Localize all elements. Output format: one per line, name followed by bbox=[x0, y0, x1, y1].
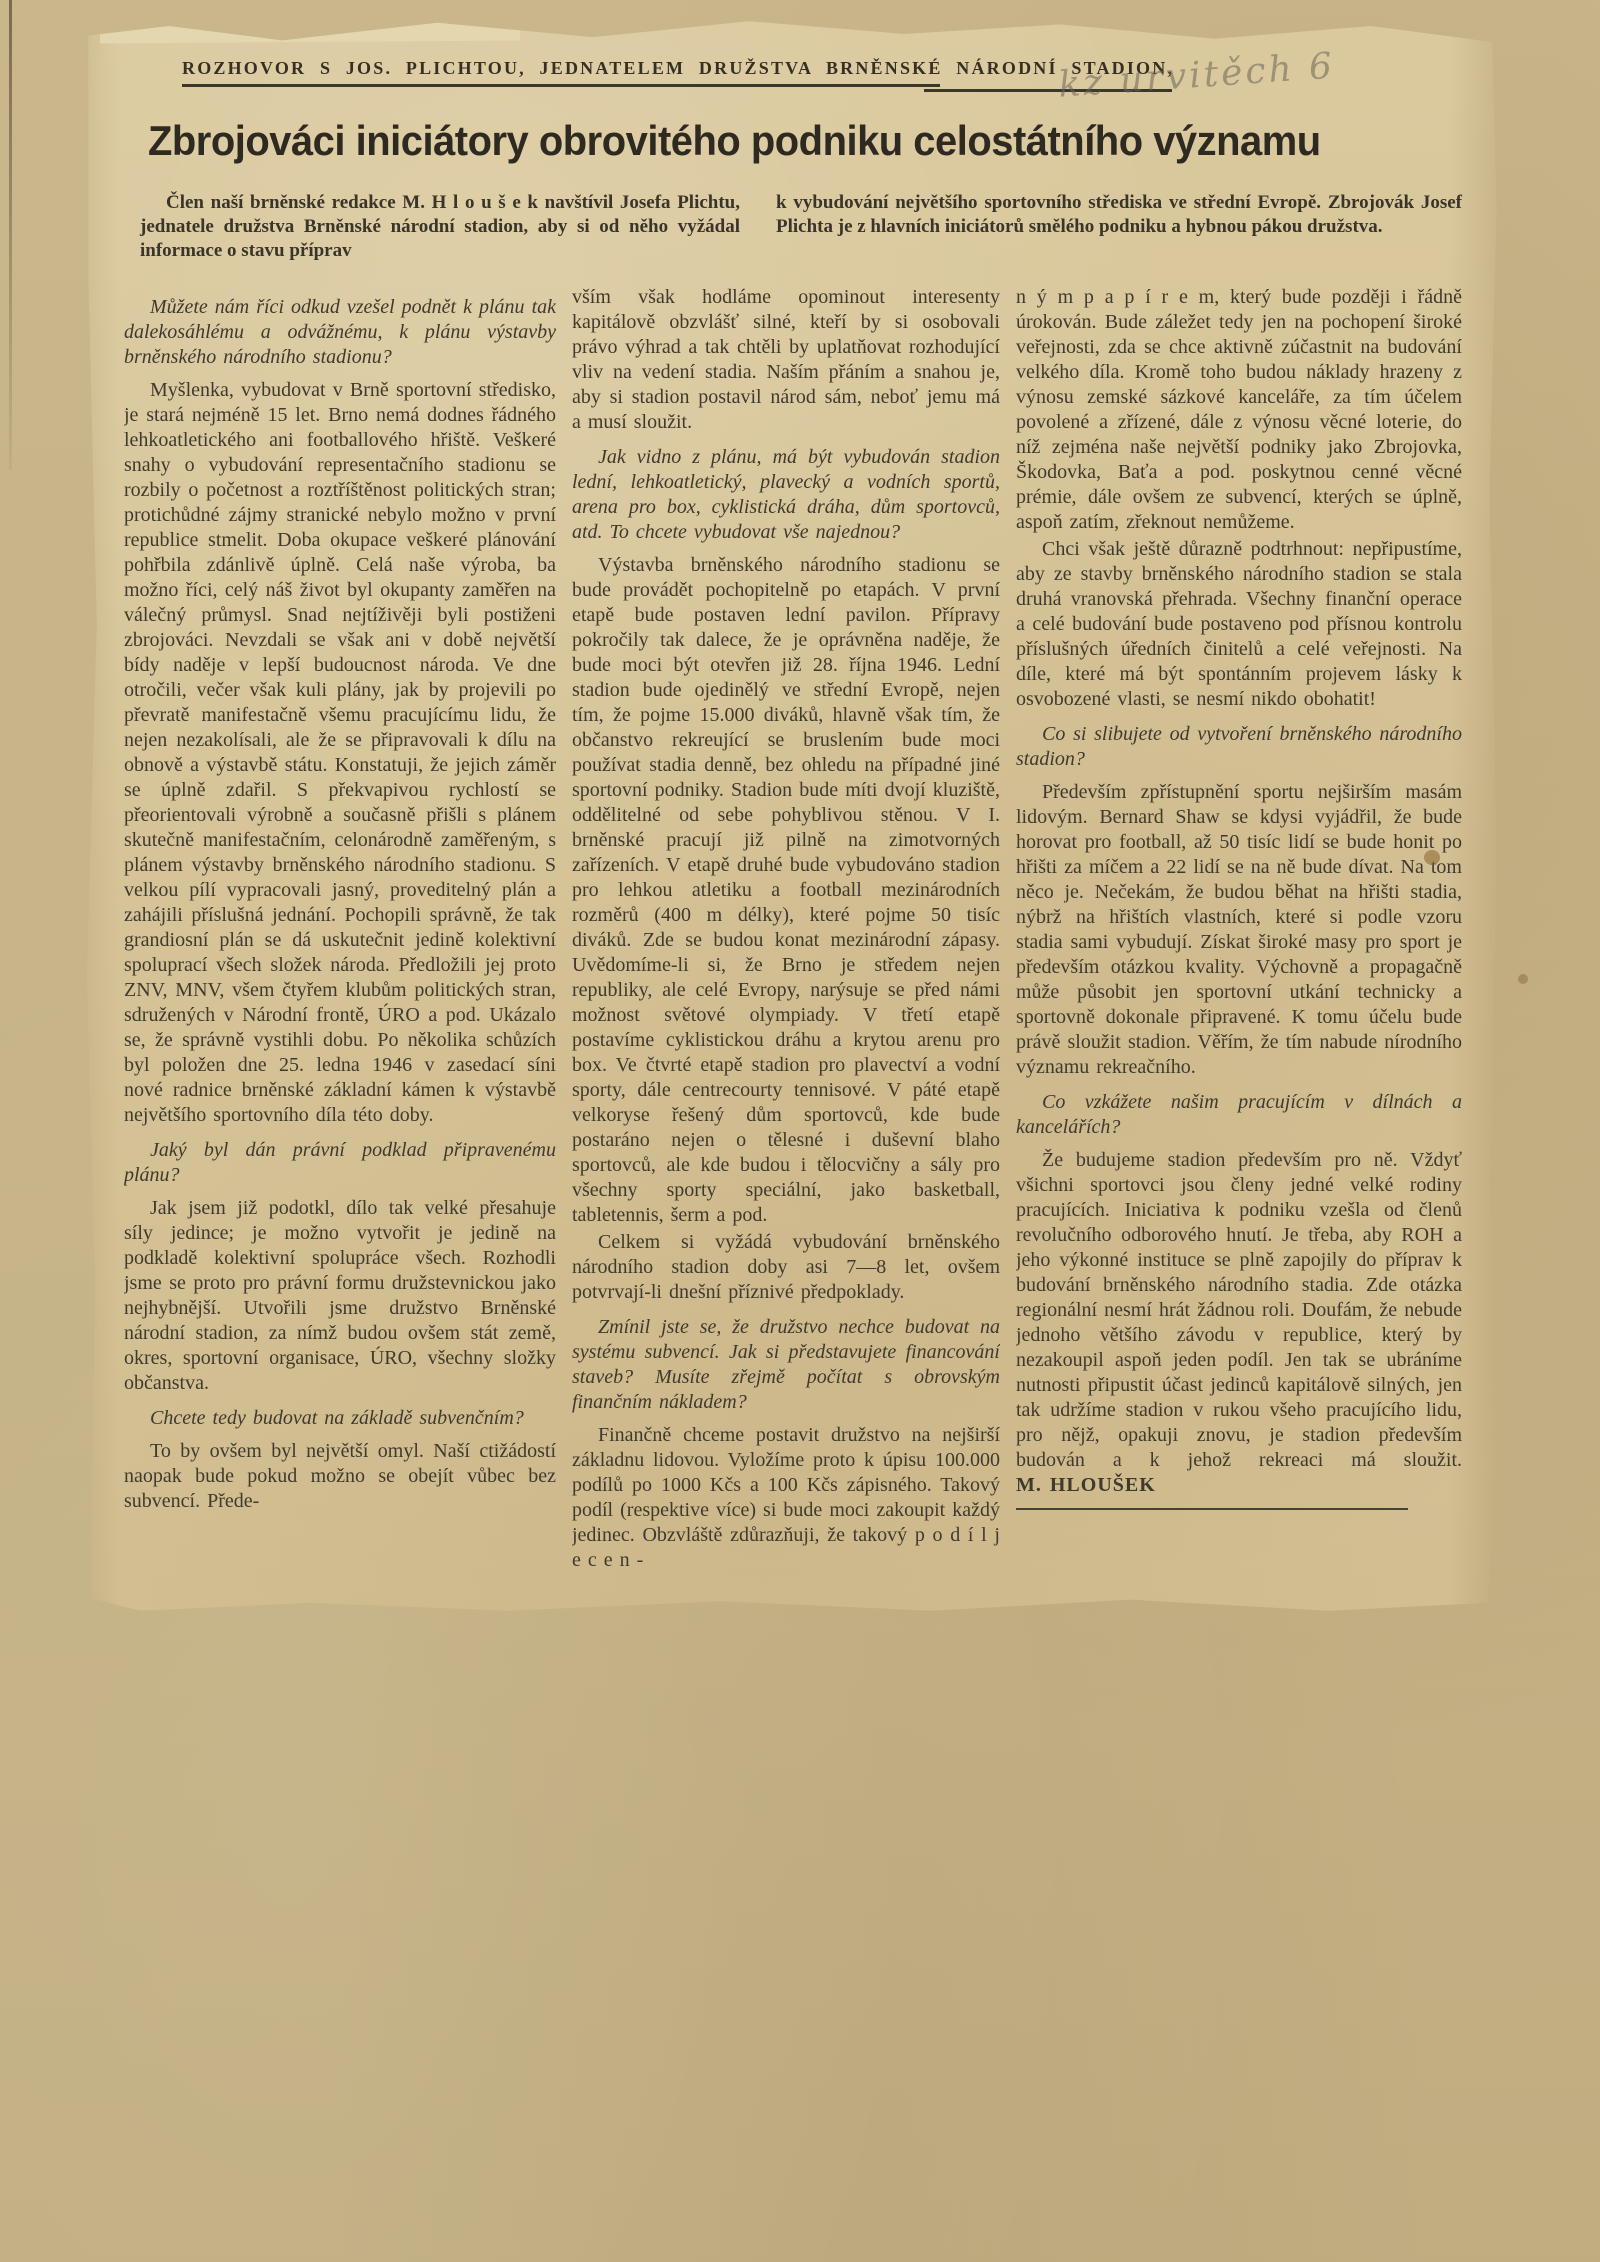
end-rule bbox=[1016, 1508, 1408, 1510]
answer-text: Že budujeme stadion především pro ně. Vž… bbox=[1016, 1149, 1462, 1471]
newspaper-clipping: ROZHOVOR S JOS. PLICHTOU, JEDNATELEM DRU… bbox=[84, 18, 1498, 1614]
kicker-block: ROZHOVOR S JOS. PLICHTOU, JEDNATELEM DRU… bbox=[182, 58, 1172, 87]
answer-paragraph: vším však hodláme opominout interesenty … bbox=[572, 285, 1000, 435]
kicker: ROZHOVOR S JOS. PLICHTOU, JEDNATELEM DRU… bbox=[182, 58, 1172, 79]
answer-paragraph: Že budujeme stadion především pro ně. Vž… bbox=[1016, 1148, 1462, 1498]
signature: M. HLOUŠEK bbox=[1016, 1474, 1156, 1496]
answer-paragraph: Celkem si vyžádá vybudování brněnského n… bbox=[572, 1230, 1000, 1305]
headline: Zbrojováci iniciátory obrovitého podniku… bbox=[148, 117, 1396, 165]
column-3: n ý m p a p í r e m, který bude později … bbox=[1016, 285, 1462, 1615]
column-2: vším však hodláme opominout interesenty … bbox=[572, 285, 1000, 1615]
page-edge-shadow bbox=[9, 0, 12, 470]
answer-paragraph: Jak jsem již podotkl, dílo tak velké pře… bbox=[124, 1196, 556, 1396]
stain bbox=[1424, 850, 1440, 865]
answer-paragraph: Finančně chceme postavit družstvo na nej… bbox=[572, 1423, 1000, 1573]
question-paragraph: Můžete nám říci odkud vzešel podnět k pl… bbox=[124, 295, 556, 370]
question-paragraph: Zmínil jste se, že družstvo nechce budov… bbox=[572, 1315, 1000, 1415]
answer-paragraph: Myšlenka, vybudovat v Brně sportovní stř… bbox=[124, 378, 556, 1128]
question-paragraph: Chcete tedy budovat na základě subvenční… bbox=[124, 1406, 556, 1431]
question-paragraph: Jak vidno z plánu, má být vybudován stad… bbox=[572, 445, 1000, 545]
column-1: Můžete nám říci odkud vzešel podnět k pl… bbox=[124, 285, 556, 1615]
question-paragraph: Co vzkážete našim pracujícím v dílnách a… bbox=[1016, 1090, 1462, 1140]
scanned-page: ROZHOVOR S JOS. PLICHTOU, JEDNATELEM DRU… bbox=[0, 0, 1600, 2262]
answer-paragraph: To by ovšem byl největší omyl. Naší ctiž… bbox=[124, 1439, 556, 1514]
answer-paragraph: n ý m p a p í r e m, který bude později … bbox=[1016, 285, 1462, 535]
lead-paragraph: Člen naší brněnské redakce M. H l o u š … bbox=[140, 191, 1462, 263]
stain bbox=[1518, 974, 1528, 984]
kicker-rule bbox=[182, 84, 940, 87]
answer-paragraph: Chci však ještě důrazně podtrhnout: nepř… bbox=[1016, 537, 1462, 712]
answer-paragraph: Především zpřístupnění sportu nejširším … bbox=[1016, 780, 1462, 1080]
lead-right: k vybudování největšího sportovního stře… bbox=[776, 191, 1462, 263]
question-paragraph: Jaký byl dán právní podklad připravenému… bbox=[124, 1138, 556, 1188]
answer-paragraph: Výstavba brněnského národního stadionu s… bbox=[572, 553, 1000, 1228]
lead-left: Člen naší brněnské redakce M. H l o u š … bbox=[140, 191, 740, 263]
torn-edge bbox=[100, 17, 520, 44]
question-paragraph: Co si slibujete od vytvoření brněnského … bbox=[1016, 722, 1462, 772]
article-body: Můžete nám říci odkud vzešel podnět k pl… bbox=[124, 285, 1462, 1615]
